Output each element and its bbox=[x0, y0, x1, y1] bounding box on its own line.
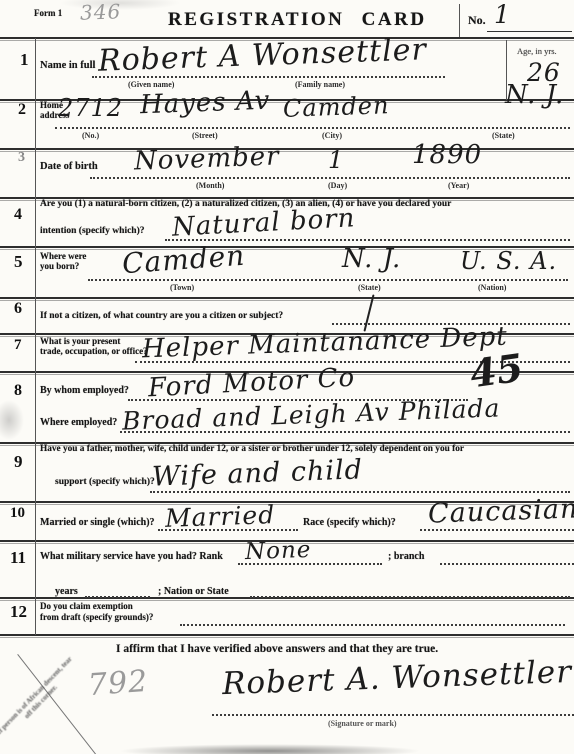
row5-number: 5 bbox=[14, 252, 23, 272]
town-sublabel: (Town) bbox=[170, 283, 194, 292]
separator-row2 bbox=[0, 148, 574, 152]
separator-row12 bbox=[0, 634, 574, 638]
birth-month-value: November bbox=[134, 141, 281, 176]
state5-sublabel: (State) bbox=[358, 283, 381, 292]
date-of-birth-label: Date of birth bbox=[40, 161, 98, 172]
scan-smudge bbox=[0, 400, 24, 440]
name-label: Name in full bbox=[40, 60, 95, 71]
year-sublabel: (Year) bbox=[448, 181, 469, 190]
no-underline bbox=[487, 31, 572, 32]
signature-line bbox=[212, 714, 574, 716]
employer-value: Ford Motor Co bbox=[147, 363, 356, 404]
house-number-value: 2712 bbox=[58, 94, 123, 122]
state-value: N. J. bbox=[505, 80, 564, 110]
race-label: Race (specify which)? bbox=[303, 517, 396, 528]
dob-answer-line bbox=[90, 177, 570, 179]
dependents-answer: Wife and child bbox=[152, 454, 364, 492]
rank-answer: None bbox=[245, 537, 312, 565]
row10-number: 10 bbox=[10, 505, 25, 522]
street-sublabel: (Street) bbox=[192, 131, 218, 140]
header-divider-line bbox=[459, 4, 460, 37]
day-sublabel: (Day) bbox=[328, 181, 347, 190]
tear-off-corner-note: If person is of African descent, tear of… bbox=[0, 652, 83, 745]
penciled-footer-number: 792 bbox=[87, 664, 150, 703]
race-answer: Caucasian bbox=[428, 493, 574, 529]
name-answer-line bbox=[92, 76, 445, 78]
rank-answer-line bbox=[238, 563, 382, 565]
no-label: No. bbox=[468, 13, 486, 28]
row7-number: 7 bbox=[14, 337, 22, 354]
employment-place-line bbox=[120, 431, 570, 433]
married-answer-line bbox=[158, 529, 298, 531]
city-sublabel: (City) bbox=[322, 131, 342, 140]
branch-answer-line bbox=[440, 563, 574, 565]
number-column-line bbox=[35, 38, 36, 635]
birth-town-value: Camden bbox=[121, 239, 246, 281]
trade-label: What is your presenttrade, occupation, o… bbox=[40, 336, 148, 356]
citizenship-question-line1: Are you (1) a natural-born citizen, (2) … bbox=[40, 199, 451, 209]
form-number-label: Form 1 bbox=[34, 8, 62, 18]
years-answer-line bbox=[85, 596, 150, 598]
card-title: REGISTRATION CARD bbox=[168, 9, 427, 31]
scan-smudge bbox=[120, 744, 420, 754]
not-citizen-question: If not a citizen, of what country are yo… bbox=[40, 311, 283, 321]
dependents-answer-line bbox=[150, 491, 570, 493]
married-label: Married or single (which)? bbox=[40, 517, 155, 528]
separator-row5 bbox=[0, 297, 574, 301]
birth-state-value: N. J. bbox=[342, 244, 401, 274]
years-label: years bbox=[55, 586, 78, 597]
branch-label: ; branch bbox=[388, 551, 424, 562]
birth-nation-value: U. S. A. bbox=[460, 247, 557, 275]
row2-number: 2 bbox=[18, 101, 26, 119]
street-value: Hayes Av bbox=[140, 86, 271, 121]
affirmation-statement: I affirm that I have verified above answ… bbox=[116, 643, 438, 655]
row9-number: 9 bbox=[14, 452, 23, 472]
military-service-question: What military service have you had? Rank bbox=[40, 551, 223, 562]
registration-number-value: 1 bbox=[494, 0, 511, 29]
registration-card-scan: Form 1 346 REGISTRATION CARD No. 1 1 Nam… bbox=[0, 0, 574, 754]
birth-day-value: 1 bbox=[328, 146, 344, 174]
trade-answer: Helper Maintanance Dept bbox=[142, 322, 509, 365]
address-answer-line bbox=[55, 127, 570, 129]
born-answer-line bbox=[88, 279, 568, 281]
month-sublabel: (Month) bbox=[196, 181, 224, 190]
inked-stamp-number: 45 bbox=[467, 345, 526, 397]
row6-number: 6 bbox=[14, 300, 22, 318]
given-name-sublabel: (Given name) bbox=[128, 80, 174, 89]
dependents-question-line2: support (specify which)? bbox=[55, 477, 155, 487]
penciled-serial-number: 346 bbox=[80, 0, 122, 25]
row8-number: 8 bbox=[14, 382, 22, 400]
married-answer: Married bbox=[165, 500, 276, 533]
state-sublabel: (State) bbox=[492, 131, 515, 140]
no-sublabel: (No.) bbox=[82, 131, 99, 140]
nation-or-state-label: ; Nation or State bbox=[158, 586, 229, 597]
where-employed-label: Where employed? bbox=[40, 417, 117, 428]
dependents-question-line1: Have you a father, mother, wife, child u… bbox=[40, 444, 464, 454]
citizenship-answer: Natural born bbox=[171, 203, 356, 243]
row4-number: 4 bbox=[14, 206, 22, 224]
nation-sublabel: (Nation) bbox=[478, 283, 506, 292]
exemption-answer-line bbox=[180, 624, 565, 626]
birth-year-value: 1890 bbox=[412, 140, 482, 170]
signature-sublabel: (Signature or mark) bbox=[328, 719, 397, 728]
race-answer-line bbox=[420, 529, 574, 531]
signature-handwritten: Robert A. Wonsettler bbox=[221, 654, 572, 702]
exemption-question: Do you claim exemptionfrom draft (specif… bbox=[40, 601, 153, 623]
family-name-sublabel: (Family name) bbox=[295, 80, 345, 89]
by-whom-employed-label: By whom employed? bbox=[40, 385, 129, 396]
row3-number: 3 bbox=[18, 150, 25, 166]
nation-or-state-line bbox=[250, 596, 570, 598]
row11-number: 11 bbox=[10, 548, 26, 568]
row1-number: 1 bbox=[20, 50, 29, 70]
age-label: Age, in yrs. bbox=[517, 46, 557, 56]
where-born-label: Where wereyou born? bbox=[40, 251, 86, 271]
city-value: Camden bbox=[283, 91, 390, 123]
citizenship-question-line2: intention (specify which)? bbox=[40, 226, 145, 236]
row12-number: 12 bbox=[10, 602, 27, 622]
